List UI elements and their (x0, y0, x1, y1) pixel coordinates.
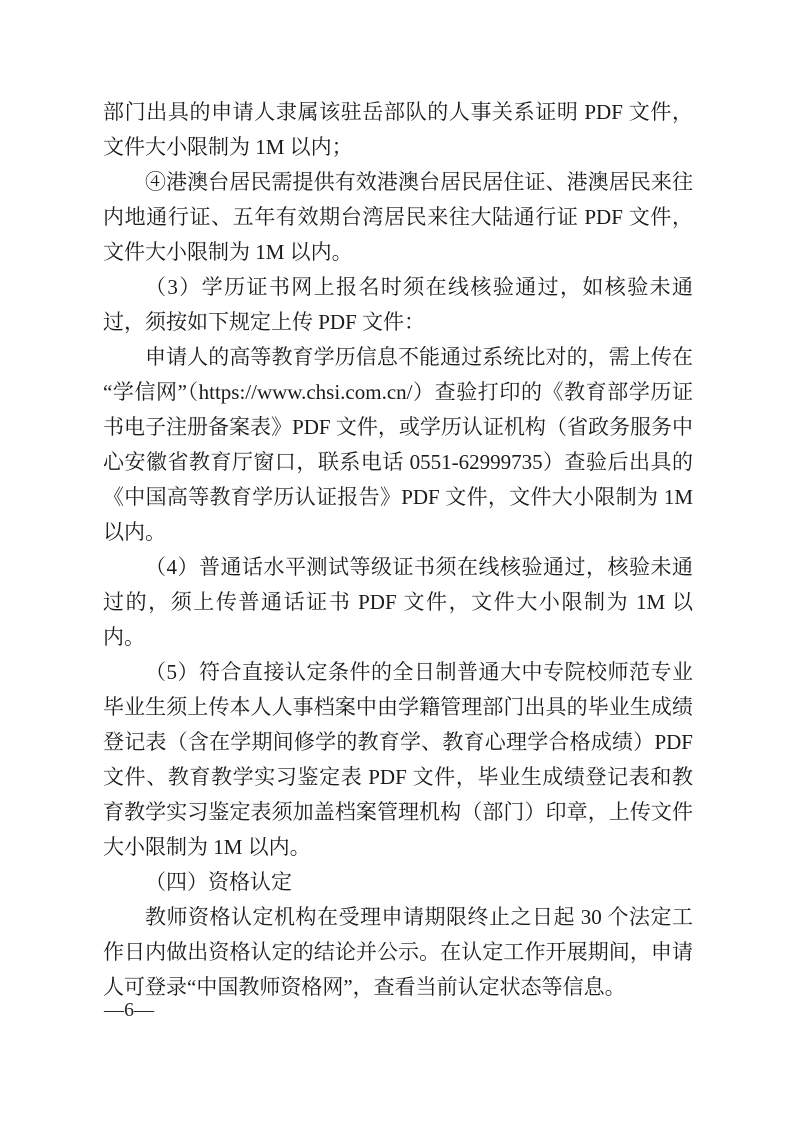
paragraph-degree-verification-details: 申请人的高等教育学历信息不能通过系统比对的，需上传在“学信网”（https://… (103, 340, 693, 550)
paragraph-5-normal-school-graduates: （5）符合直接认定条件的全日制普通大中专院校师范专业毕业生须上传本人人事档案中由… (103, 655, 693, 865)
document-page: 部门出具的申请人隶属该驻岳部队的人事关系证明 PDF 文件，文件大小限制为 1M… (0, 0, 793, 1122)
section-heading-qualification-determination: （四）资格认定 (103, 865, 693, 900)
paragraph-3-degree-certificate-verification: （3）学历证书网上报名时须在线核验通过，如核验未通过，须按如下规定上传 PDF … (103, 270, 693, 340)
paragraph-hmt-residents-permits: ④港澳台居民需提供有效港澳台居民居住证、港澳居民来往内地通行证、五年有效期台湾居… (103, 165, 693, 270)
paragraph-qualification-determination-process: 教师资格认定机构在受理申请期限终止之日起 30 个法定工作日内做出资格认定的结论… (103, 900, 693, 1005)
text-content: 部门出具的申请人隶属该驻岳部队的人事关系证明 PDF 文件，文件大小限制为 1M… (103, 95, 693, 1005)
page-number: —6— (104, 998, 154, 1022)
paragraph-4-putonghua-certificate: （4）普通话水平测试等级证书须在线核验通过，核验未通过的，须上传普通话证书 PD… (103, 550, 693, 655)
paragraph-continuation-personnel-proof: 部门出具的申请人隶属该驻岳部队的人事关系证明 PDF 文件，文件大小限制为 1M… (103, 95, 693, 165)
